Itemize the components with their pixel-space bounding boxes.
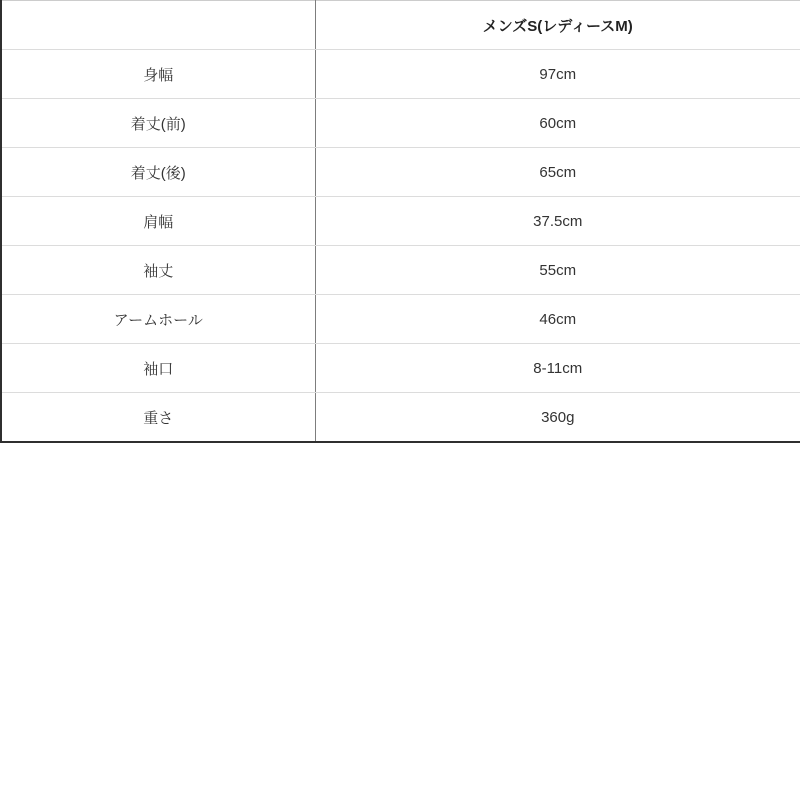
table-row: 重さ 360g (1, 393, 800, 443)
page: メンズS(レディースM) 身幅 97cm 着丈(前) 60cm 着丈(後) 65… (0, 0, 800, 800)
size-spec-table: メンズS(レディースM) 身幅 97cm 着丈(前) 60cm 着丈(後) 65… (0, 0, 800, 443)
measure-value-length-back: 65cm (315, 148, 800, 197)
measure-label-length-front: 着丈(前) (1, 99, 315, 148)
measure-label-armhole: アームホール (1, 295, 315, 344)
measure-label-sleeve-length: 袖丈 (1, 246, 315, 295)
measure-value-cuff: 8-11cm (315, 344, 800, 393)
measure-value-shoulder-width: 37.5cm (315, 197, 800, 246)
measure-label-body-width: 身幅 (1, 50, 315, 99)
measure-value-body-width: 97cm (315, 50, 800, 99)
measure-label-shoulder-width: 肩幅 (1, 197, 315, 246)
size-table-header-row: メンズS(レディースM) (1, 1, 800, 50)
size-table-corner-cell (1, 1, 315, 50)
measure-value-sleeve-length: 55cm (315, 246, 800, 295)
measure-value-length-front: 60cm (315, 99, 800, 148)
measure-label-length-back: 着丈(後) (1, 148, 315, 197)
table-row: 袖丈 55cm (1, 246, 800, 295)
size-column-header: メンズS(レディースM) (315, 1, 800, 50)
table-row: 身幅 97cm (1, 50, 800, 99)
table-row: 着丈(後) 65cm (1, 148, 800, 197)
measure-label-cuff: 袖口 (1, 344, 315, 393)
measure-label-weight: 重さ (1, 393, 315, 443)
measure-value-armhole: 46cm (315, 295, 800, 344)
table-row: 袖口 8-11cm (1, 344, 800, 393)
measure-value-weight: 360g (315, 393, 800, 443)
table-row: 肩幅 37.5cm (1, 197, 800, 246)
table-row: 着丈(前) 60cm (1, 99, 800, 148)
table-row: アームホール 46cm (1, 295, 800, 344)
